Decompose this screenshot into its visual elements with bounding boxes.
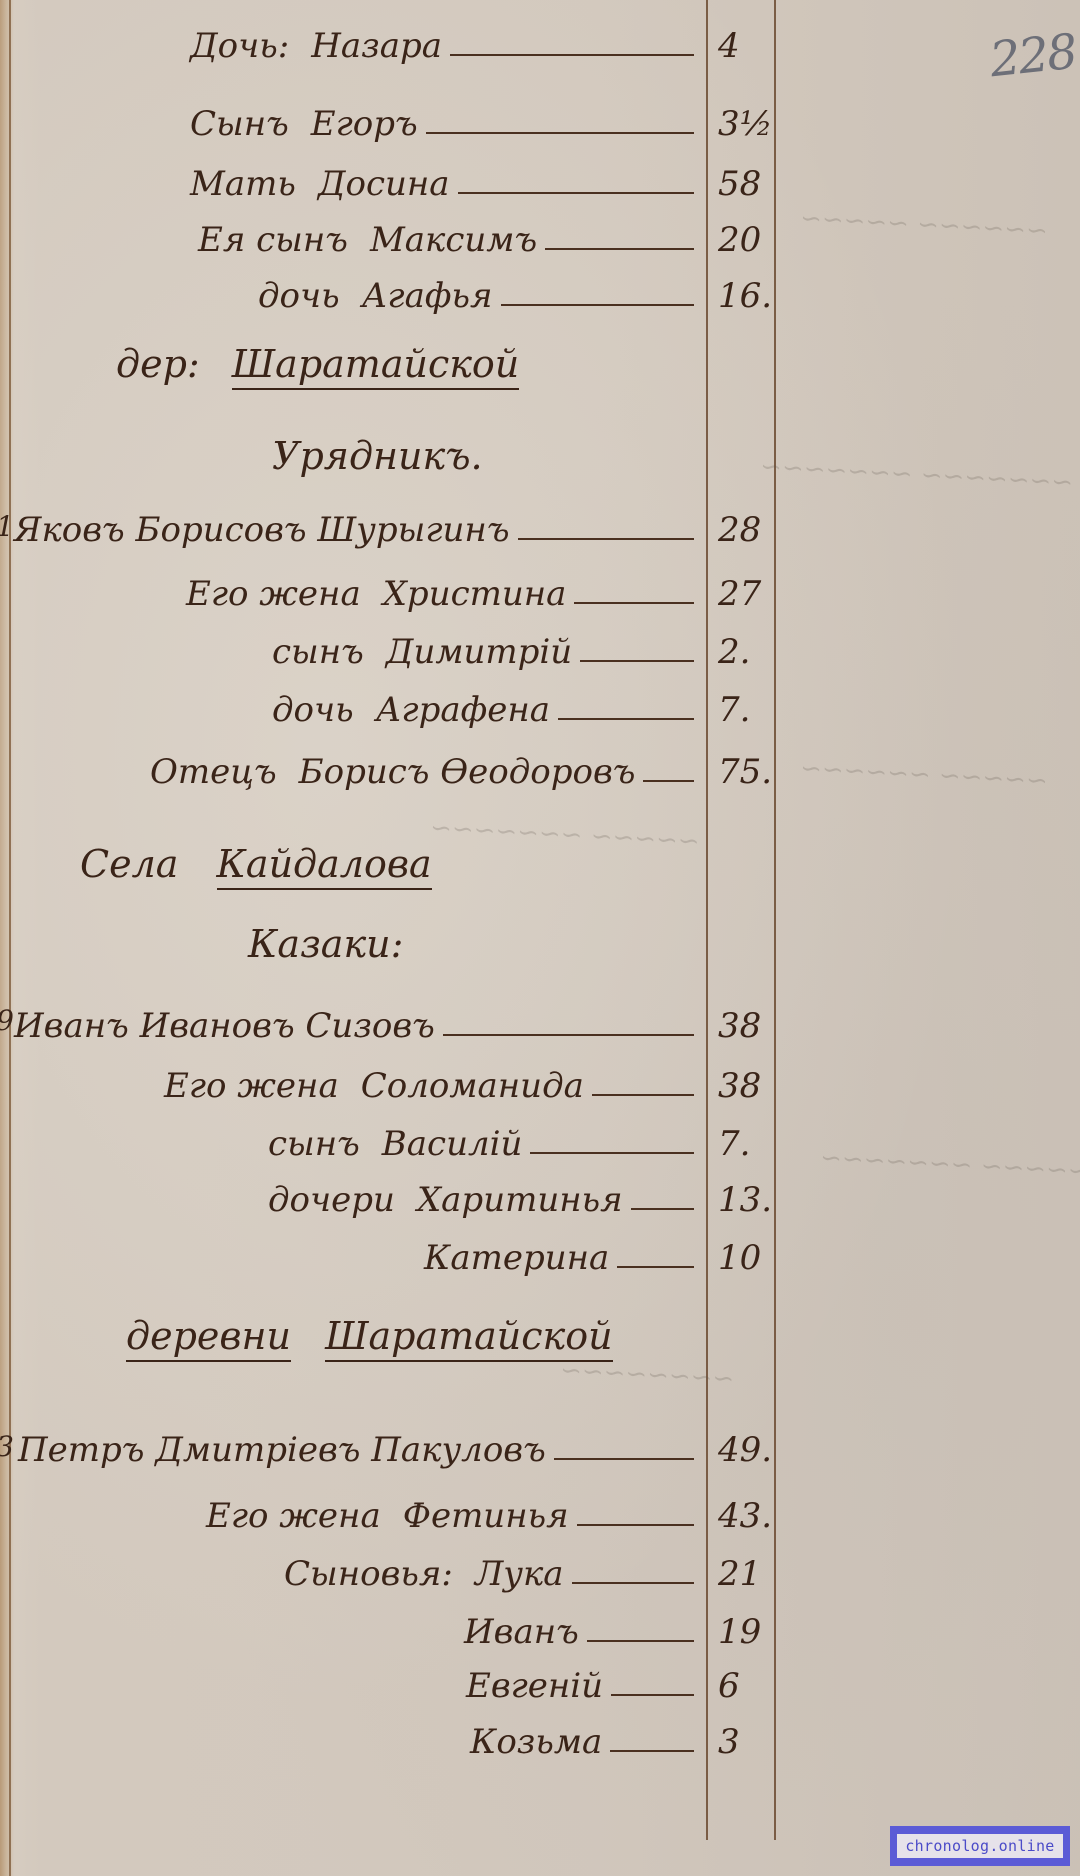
register-entry-head-of-household: Иванъ Ивановъ Сизовъ <box>14 1004 700 1048</box>
age-column-left-rule <box>706 0 708 1840</box>
dash-leader <box>458 192 694 194</box>
place-name: Кайдалова <box>217 842 432 890</box>
dash-leader <box>574 602 694 604</box>
entry-age: 38 <box>712 1064 778 1108</box>
register-entry: Его жена Соломанида <box>164 1064 700 1108</box>
entry-name: Досина <box>318 162 450 206</box>
register-entry: дочь Аграфена <box>272 688 700 732</box>
watermark-text: chronolog.online <box>897 1834 1062 1858</box>
entry-name: Иванъ Ивановъ Сизовъ <box>14 1004 435 1048</box>
bleed-through-text: ~~~~~ ~~~~~~~ <box>429 813 700 857</box>
register-entry: дочери Харитинья <box>268 1178 700 1222</box>
dash-leader <box>611 1694 694 1696</box>
entry-name: Аграфена <box>376 688 550 732</box>
dash-leader <box>450 54 694 56</box>
entry-relation: Его жена <box>164 1064 339 1108</box>
register-entry: Дочь: Назара <box>190 24 700 68</box>
register-entry: Козьма <box>470 1720 700 1764</box>
entry-age: 19 <box>712 1610 778 1654</box>
register-entry-head-of-household: Яковъ Борисовъ Шурыгинъ <box>14 508 700 552</box>
entry-age: 75. <box>712 750 778 794</box>
page-number: 228 <box>987 24 1078 89</box>
dash-leader <box>558 718 694 720</box>
dash-leader <box>577 1524 694 1526</box>
row-margin-number: 9 <box>0 1004 14 1037</box>
dash-leader <box>554 1458 694 1460</box>
register-entry: Сыновья: Лука <box>284 1552 700 1596</box>
entry-name: Агафья <box>362 274 493 318</box>
section-heading-place: деревни Шаратайской <box>126 1312 613 1360</box>
dash-leader <box>426 132 694 134</box>
dash-leader <box>530 1152 694 1154</box>
dash-leader <box>501 304 694 306</box>
entry-name: Харитинья <box>417 1178 623 1222</box>
register-entry: сынъ Василій <box>268 1122 700 1166</box>
watermark-badge: chronolog.online <box>890 1826 1070 1866</box>
place-name: Шаратайской <box>325 1314 613 1362</box>
section-heading-place: Села Кайдалова <box>80 840 432 888</box>
entry-age: 38 <box>712 1004 778 1048</box>
entry-relation: сынъ <box>268 1122 360 1166</box>
dash-leader <box>518 538 695 540</box>
entry-age: 58 <box>712 162 778 206</box>
entry-relation: Мать <box>190 162 296 206</box>
register-entry: Катерина <box>424 1236 700 1280</box>
row-margin-number: 13 <box>0 1430 14 1463</box>
entry-age: 3 <box>712 1720 778 1764</box>
entry-name: Димитрій <box>386 630 572 674</box>
entry-age: 21 <box>712 1552 778 1596</box>
entry-age: 3½ <box>712 102 778 146</box>
section-heading-place: дер: Шаратайской <box>116 340 519 388</box>
register-entry: Сынъ Егоръ <box>190 102 700 146</box>
binding-edge <box>9 0 11 1876</box>
entry-age: 7. <box>712 688 778 732</box>
entry-age: 49. <box>712 1428 778 1472</box>
entry-name: Козьма <box>470 1720 602 1764</box>
bleed-through-text: ~~~~~ ~~~~~~ <box>799 754 1048 797</box>
entry-relation: Дочь: <box>190 24 289 68</box>
place-prefix: Села <box>80 842 178 886</box>
row-margin-number: 1 <box>0 510 14 543</box>
entry-name: Иванъ <box>464 1610 579 1654</box>
entry-age: 7. <box>712 1122 778 1166</box>
section-category: Урядникъ. <box>272 432 483 480</box>
entry-age: 4 <box>712 24 778 68</box>
dash-leader <box>587 1640 694 1642</box>
entry-name: Егоръ <box>311 102 418 146</box>
entry-age: 27 <box>712 572 778 616</box>
dash-leader <box>631 1208 694 1210</box>
bleed-through-text: ~~~~~~ ~~~~~ <box>799 204 1048 247</box>
dash-leader <box>643 780 694 782</box>
register-entry: Иванъ <box>464 1610 700 1654</box>
dash-leader <box>610 1750 694 1752</box>
entry-name: Василій <box>382 1122 523 1166</box>
bleed-through-text: ~~~~~ ~~~~~~~ <box>819 1143 1080 1187</box>
entry-name: Катерина <box>424 1236 609 1280</box>
entry-name: Христина <box>383 572 567 616</box>
entry-age: 16. <box>712 274 778 318</box>
register-entry: сынъ Димитрій <box>272 630 700 674</box>
entry-relation: дочь <box>272 688 354 732</box>
entry-name: Лука <box>475 1552 564 1596</box>
entry-name: Максимъ <box>370 218 537 262</box>
dash-leader <box>617 1266 694 1268</box>
place-prefix: дер: <box>116 342 200 386</box>
register-entry: Отецъ Борисъ Ѳеодоровъ <box>150 750 700 794</box>
entry-relation: Его жена <box>206 1494 381 1538</box>
entry-age: 43. <box>712 1494 778 1538</box>
entry-name: Яковъ Борисовъ Шурыгинъ <box>14 508 510 552</box>
entry-age: 13. <box>712 1178 778 1222</box>
register-entry: Мать Досина <box>190 162 700 206</box>
entry-name: Фетинья <box>403 1494 569 1538</box>
entry-name: Борисъ Ѳеодоровъ <box>299 750 636 794</box>
register-entry: Евгеній <box>466 1664 700 1708</box>
register-entry: Его жена Фетинья <box>206 1494 700 1538</box>
register-entry: Его жена Христина <box>186 572 700 616</box>
place-prefix: деревни <box>126 1314 291 1362</box>
entry-age: 6 <box>712 1664 778 1708</box>
entry-relation: Его жена <box>186 572 361 616</box>
entry-name: Евгеній <box>466 1664 603 1708</box>
entry-name: Назара <box>311 24 442 68</box>
entry-relation: дочери <box>268 1178 395 1222</box>
entry-name: Петръ Дмитріевъ Пакуловъ <box>18 1428 546 1472</box>
entry-relation: Отецъ <box>150 750 277 794</box>
dash-leader <box>580 660 694 662</box>
entry-relation: дочь <box>258 274 340 318</box>
entry-age: 10 <box>712 1236 778 1280</box>
dash-leader <box>592 1094 694 1096</box>
place-name: Шаратайской <box>232 342 520 390</box>
entry-relation: Сыновья: <box>284 1552 453 1596</box>
dash-leader <box>443 1034 694 1036</box>
entry-age: 20 <box>712 218 778 262</box>
dash-leader <box>572 1582 694 1584</box>
entry-relation: сынъ <box>272 630 364 674</box>
entry-relation: Ея сынъ <box>198 218 348 262</box>
section-category: Казаки: <box>248 920 403 968</box>
dash-leader <box>545 248 694 250</box>
register-entry-head-of-household: Петръ Дмитріевъ Пакуловъ <box>18 1428 700 1472</box>
entry-name: Соломанида <box>361 1064 584 1108</box>
entry-relation: Сынъ <box>190 102 289 146</box>
entry-age: 2. <box>712 630 778 674</box>
register-entry: Ея сынъ Максимъ <box>198 218 700 262</box>
document-page: ~~~~~~ ~~~~~ ~~~~~~~ ~~~~~~~ ~~~~~ ~~~~~… <box>0 0 1080 1876</box>
register-entry: дочь Агафья <box>258 274 700 318</box>
bleed-through-text: ~~~~~~~ ~~~~~~~ <box>759 452 1073 498</box>
entry-age: 28 <box>712 508 778 552</box>
